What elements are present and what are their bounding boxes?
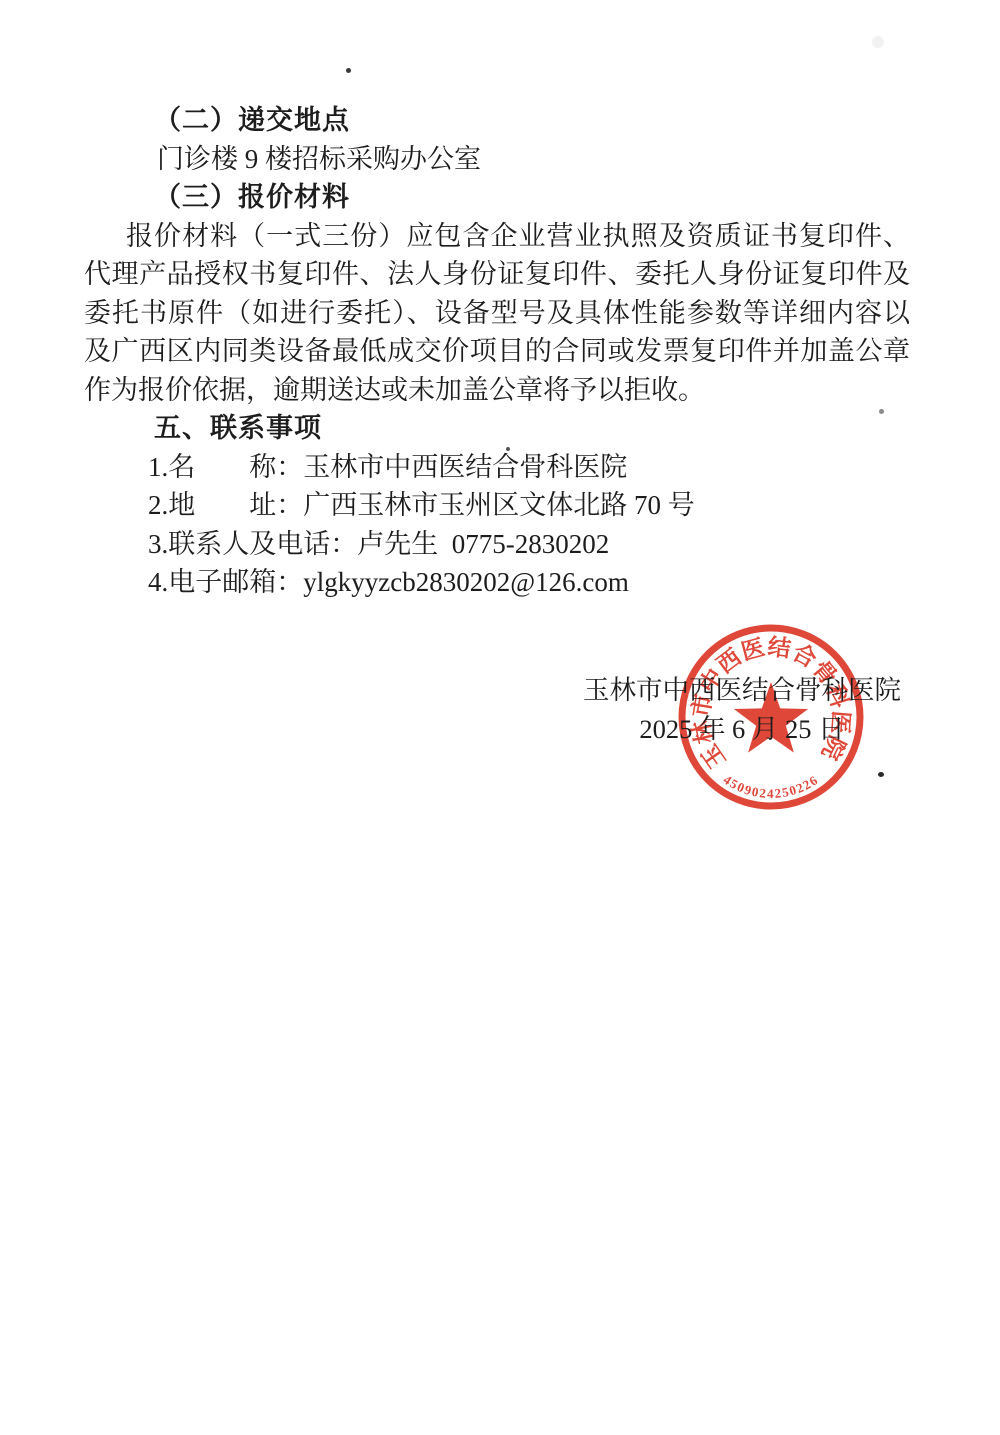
- section-heading-contact-info: 五、联系事项: [84, 409, 910, 448]
- paragraph-line: 作为报价依据，逾期送达或未加盖公章将予以拒收。: [84, 371, 910, 410]
- contact-item-address: 2.地 址：广西玉林市玉州区文体北路 70 号: [84, 486, 910, 525]
- ink-speck: [346, 68, 351, 73]
- paragraph-line: 及广西区内同类设备最低成交价项目的合同或发票复印件并加盖公章: [84, 332, 910, 371]
- signature-block: 玉林市中西医结合骨科医院 2025 年 6 月 25 日: [562, 671, 922, 748]
- section-heading-delivery-location: （二）递交地点: [84, 101, 910, 140]
- contact-item-phone: 3.联系人及电话：卢先生 0775-2830202: [84, 525, 910, 564]
- contact-item-email: 4.电子邮箱：ylgkyyzcb2830202@126.com: [84, 563, 910, 602]
- ink-speck: [879, 409, 884, 414]
- paragraph-line: 委托书原件（如进行委托）、设备型号及具体性能参数等详细内容以: [84, 294, 910, 333]
- signature-date: 2025 年 6 月 25 日: [562, 710, 922, 749]
- signature-org-name: 玉林市中西医结合骨科医院: [562, 671, 922, 710]
- contact-item-name: 1.名 称：玉林市中西医结合骨科医院: [84, 448, 910, 487]
- ink-speck: [878, 772, 884, 777]
- section-heading-quotation-materials: （三）报价材料: [84, 178, 910, 217]
- delivery-location-text: 门诊楼 9 楼招标采购办公室: [84, 140, 910, 179]
- ink-speck: [506, 447, 510, 451]
- paragraph-line: 报价材料（一式三份）应包含企业营业执照及资质证书复印件、: [84, 217, 910, 256]
- faint-mark: [872, 36, 884, 48]
- document-page: （二）递交地点 门诊楼 9 楼招标采购办公室 （三）报价材料 报价材料（一式三份…: [0, 0, 1000, 1435]
- paragraph-line: 代理产品授权书复印件、法人身份证复印件、委托人身份证复印件及: [84, 255, 910, 294]
- document-body: （二）递交地点 门诊楼 9 楼招标采购办公室 （三）报价材料 报价材料（一式三份…: [84, 101, 910, 602]
